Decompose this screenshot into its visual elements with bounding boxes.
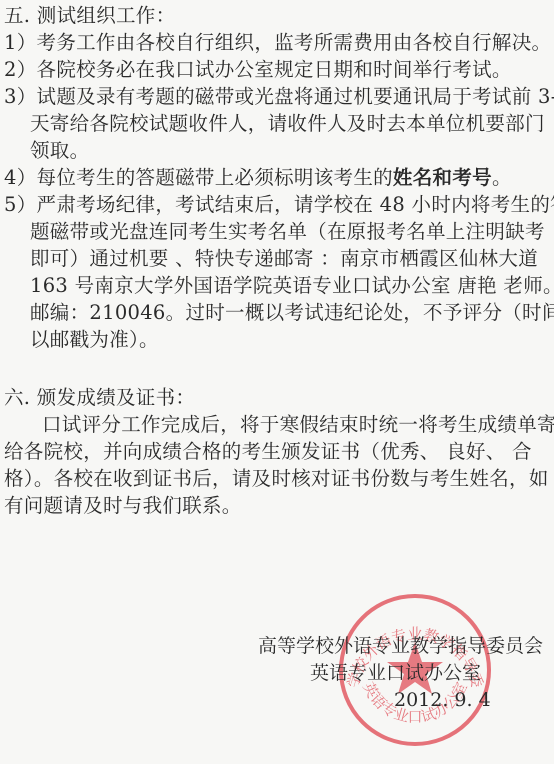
section-5-title: 五. 测试组织工作： [4, 3, 175, 29]
item-3-cont-1: 天寄给各院校试题收件人，请收件人及时去本单位机要部门 [30, 111, 545, 137]
item-text: 每位考生的答题磁带上必须标明该考生的 [37, 166, 393, 189]
item-text: 试题及录有考题的磁带或光盘将通过机要通讯局于考试前 3-5 [37, 85, 554, 108]
item-5-cont-4: 邮编：210046。过时一概以考试违纪论处，不予评分（时间 [30, 300, 554, 326]
section-6-title: 六. 颁发成绩及证书： [4, 385, 195, 411]
item-2: 2）各院校务必在我口试办公室规定日期和时间举行考试。 [4, 57, 512, 83]
item-number: 4） [4, 166, 37, 189]
signature-org: 高等学校外语专业教学指导委员会 [258, 633, 543, 659]
item-number: 1） [4, 31, 37, 54]
item-number: 5） [4, 193, 37, 216]
item-text: 各院校务必在我口试办公室规定日期和时间举行考试。 [37, 58, 512, 81]
item-3: 3）试题及录有考题的磁带或光盘将通过机要通讯局于考试前 3-5 [4, 84, 554, 110]
item-text: 严肃考场纪律，考试结束后，请学校在 48 小时内将考生的答 [37, 193, 554, 216]
item-5-cont-5: 以邮戳为准）。 [30, 327, 159, 353]
item-5-cont-3: 163 号南京大学外国语学院英语专业口试办公室 唐艳 老师。 [30, 273, 554, 299]
section-6-para-3: 格）。各校在收到证书后，请及时核对证书份数与考生姓名，如 [4, 466, 549, 492]
item-5: 5）严肃考场纪律，考试结束后，请学校在 48 小时内将考生的答 [4, 192, 554, 218]
item-number: 3） [4, 85, 37, 108]
item-text: 。 [492, 166, 512, 189]
signature-date: 2012. 9. 4 [394, 687, 491, 713]
item-1: 1）考务工作由各校自行组织，监考所需费用由各校自行解决。 [4, 30, 551, 56]
item-5-cont-2: 即可）通过机要 、特快专递邮寄 ：南京市栖霞区仙林大道 [30, 246, 538, 272]
signature-office: 英语专业口试办公室 [310, 660, 481, 686]
section-6-para-2: 给各院校，并向成绩合格的考生颁发证书（优秀、 良好、 合 [4, 439, 532, 465]
item-text-bold: 姓名和考号 [393, 166, 492, 189]
item-3-cont-2: 领取。 [30, 138, 89, 164]
section-6-para-1: 口试评分工作完成后，将于寒假结束时统一将考生成绩单寄 [42, 412, 554, 438]
item-5-cont-1: 题磁带或光盘连同考生实考名单（在原报考名单上注明缺考 [30, 219, 545, 245]
item-text: 考务工作由各校自行组织，监考所需费用由各校自行解决。 [37, 31, 552, 54]
item-4: 4）每位考生的答题磁带上必须标明该考生的姓名和考号。 [4, 165, 512, 191]
section-6-para-4: 有问题请及时与我们联系。 [4, 493, 242, 519]
item-number: 2） [4, 58, 37, 81]
